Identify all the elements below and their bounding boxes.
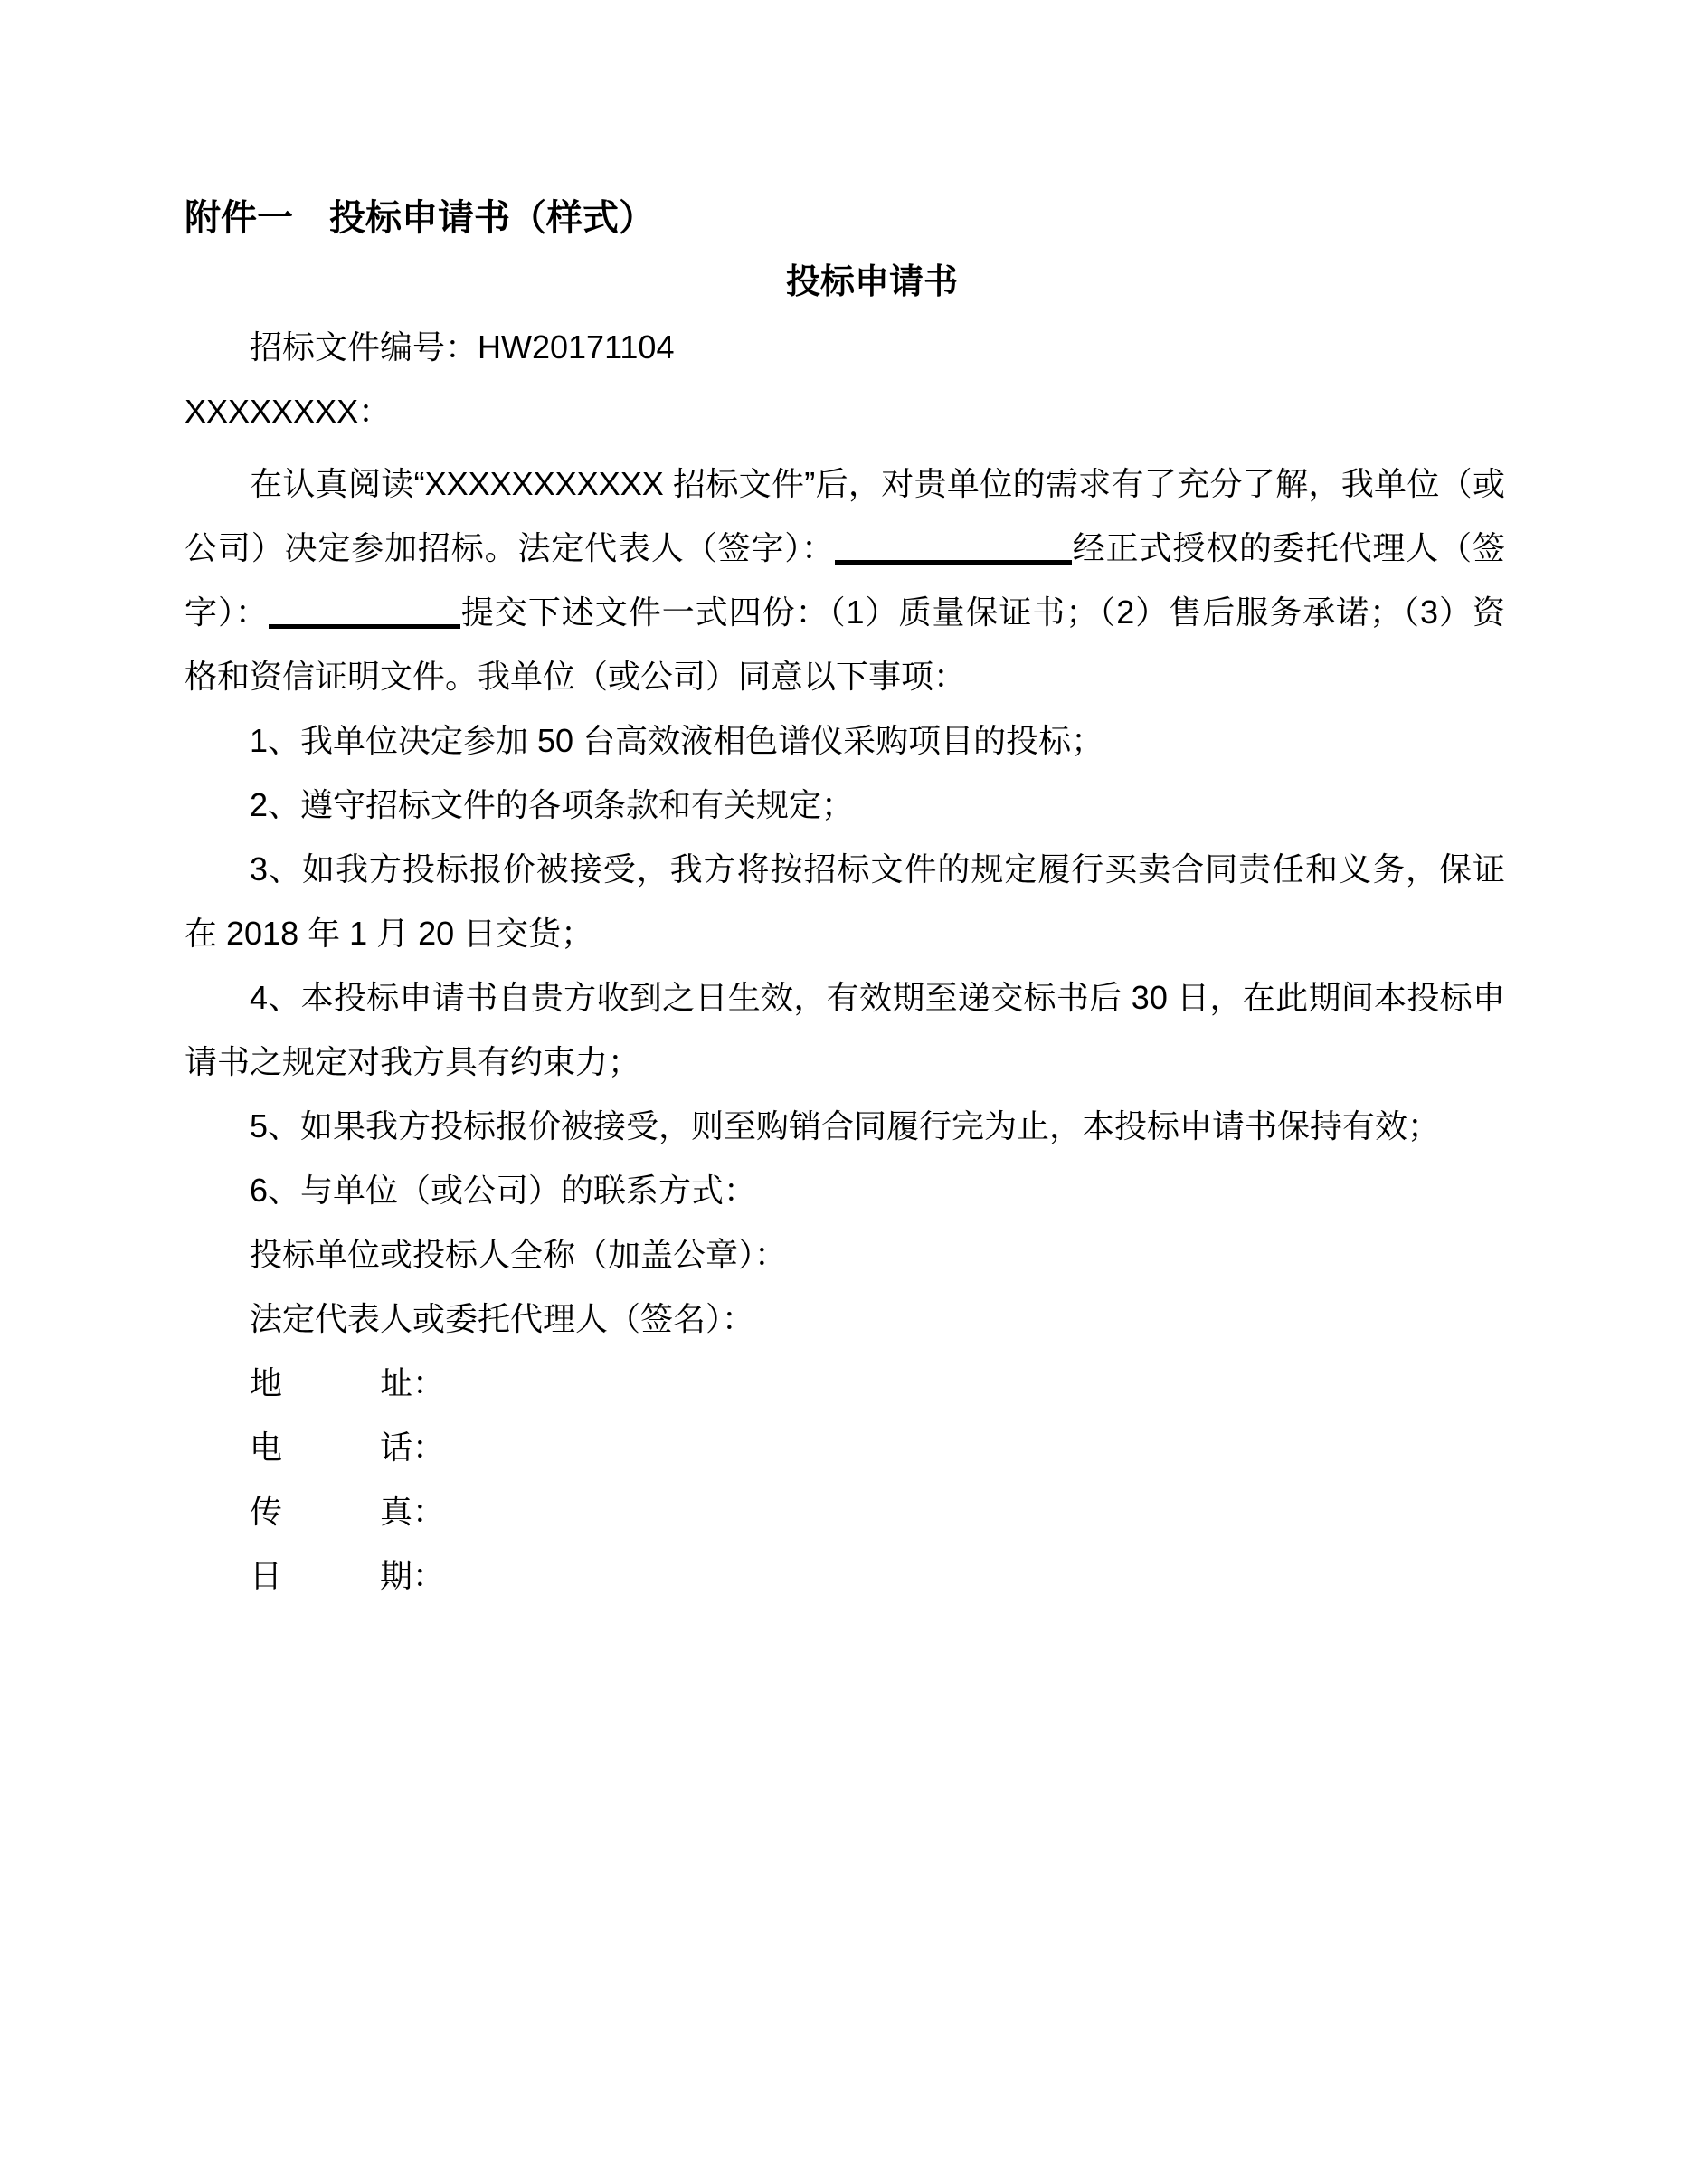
- list-item-2: 2、遵守招标文件的各项条款和有关规定；: [185, 773, 1505, 837]
- contact-field-phone: 电 话：: [185, 1415, 1505, 1479]
- addressee-line: XXXXXXXX：: [185, 379, 1505, 443]
- list-item-1: 1、我单位决定参加 50 台高效液相色谱仪采购项目的投标；: [185, 708, 1505, 773]
- intro-paragraph: 在认真阅读“XXXXXXXXXXX 招标文件”后，对贵单位的需求有了充分了解，我…: [185, 451, 1505, 708]
- contact-field-address: 地 址：: [185, 1351, 1505, 1415]
- list-item-5: 5、如果我方投标报价被接受，则至购销合同履行完为止，本投标申请书保持有效；: [185, 1094, 1505, 1158]
- authorized-agent-signature-blank: [269, 597, 460, 629]
- document-content: 附件一 投标申请书（样式） 投标申请书 招标文件编号：HW20171104 XX…: [185, 186, 1505, 1608]
- document-title: 投标申请书: [185, 251, 1505, 315]
- list-item-6: 6、与单位（或公司）的联系方式：: [185, 1158, 1505, 1222]
- doc-number-line: 招标文件编号：HW20171104: [185, 315, 1505, 379]
- contact-field-date: 日 期：: [185, 1543, 1505, 1608]
- bidder-name-line: 投标单位或投标人全称（加盖公章）：: [185, 1222, 1505, 1287]
- list-item-4: 4、本投标申请书自贵方收到之日生效，有效期至递交标书后 30 日，在此期间本投标…: [185, 965, 1505, 1094]
- contact-field-fax: 传 真：: [185, 1479, 1505, 1543]
- document-page: 附件一 投标申请书（样式） 投标申请书 招标文件编号：HW20171104 XX…: [0, 0, 1686, 2184]
- attachment-heading: 附件一 投标申请书（样式）: [185, 186, 1505, 251]
- representative-signature-line: 法定代表人或委托代理人（签名）：: [185, 1287, 1505, 1351]
- list-item-3: 3、如我方投标报价被接受，我方将按招标文件的规定履行买卖合同责任和义务，保证在 …: [185, 837, 1505, 965]
- legal-representative-signature-blank: [835, 533, 1072, 565]
